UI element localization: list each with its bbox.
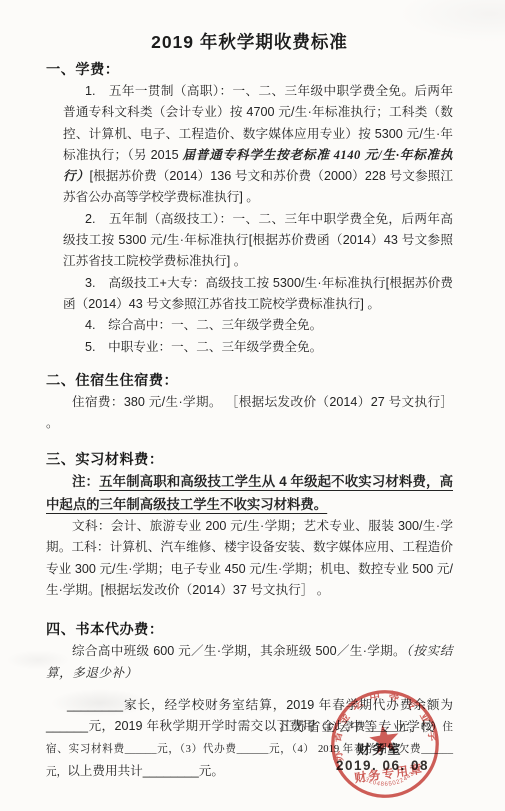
tuition-item-3: 3. 高级技工+大专：高级技工按 5300/生·年标准执行[根据苏价费函（201…: [63, 273, 453, 316]
section-accommodation: 二、住宿生住宿费： 住宿费：380 元/生·学期。 ［根据坛发改价（2014）2…: [46, 371, 453, 435]
tuition-item-5: 5. 中职专业：一、二、三年级学费全免。: [63, 337, 453, 358]
section-accommodation-heading: 二、住宿生住宿费：: [46, 371, 453, 392]
materials-note-underlined: 五年制高职和高级技工学生从 4 年级起不收实习材料费，高中起点的三年制高级技工学…: [46, 474, 453, 511]
section-materials-heading: 三、实习材料费：: [46, 450, 453, 471]
seal-star-icon: [368, 723, 401, 755]
books-body-text: 综合高中班级 600 元／生·学期，其余班级 500／生·学期。: [72, 644, 406, 658]
section-tuition: 一、学费： 1. 五年一贯制（高职）：一、二、三年级中职学费全免。后两年普通专科…: [46, 60, 453, 358]
finance-seal-stamp: 江苏省金坛中等专业学校 财务专用章 3204865022443: [319, 678, 450, 809]
materials-note: 注：五年制高职和高级技工学生从 4 年级起不收实习材料费，高中起点的三年制高级技…: [46, 471, 453, 516]
section-materials: 三、实习材料费： 注：五年制高职和高级技工学生从 4 年级起不收实习材料费，高中…: [46, 450, 453, 601]
materials-body: 文科：会计、旅游专业 200 元/生·学期；艺术专业、服装 300/生·学期。工…: [46, 516, 453, 601]
tuition-item-4: 4. 综合高中：一、二、三年级学费全免。: [63, 315, 453, 336]
page-title: 2019 年秋学期收费标准: [46, 30, 453, 54]
tuition-item-1-basis: [根据苏价费（2014）136 号文和苏价费（2000）228 号文参照江苏省公…: [63, 169, 453, 204]
tuition-item-2: 2. 五年制（高级技工）：一、二、三年中职学费全免，后两年高级技工按 5300 …: [63, 209, 453, 273]
accommodation-body: 住宿费：380 元/生·学期。 ［根据坛发改价（2014）27 号文执行］ 。: [46, 392, 453, 435]
section-books: 四、书本代办费： 综合高中班级 600 元／生·学期，其余班级 500／生·学期…: [46, 620, 453, 684]
settlement-total: 以上费用共计________元。: [67, 764, 224, 778]
section-tuition-heading: 一、学费：: [46, 60, 453, 81]
document-page: 2019 年秋学期收费标准 一、学费： 1. 五年一贯制（高职）：一、二、三年级…: [0, 0, 505, 811]
materials-note-label: 注：: [72, 474, 99, 489]
tuition-item-1: 1. 五年一贯制（高职）：一、二、三年级中职学费全免。后两年普通专科文科类（会计…: [63, 81, 453, 209]
books-body: 综合高中班级 600 元／生·学期，其余班级 500／生·学期。（按实结算，多退…: [46, 641, 453, 684]
section-books-heading: 四、书本代办费：: [46, 620, 453, 641]
